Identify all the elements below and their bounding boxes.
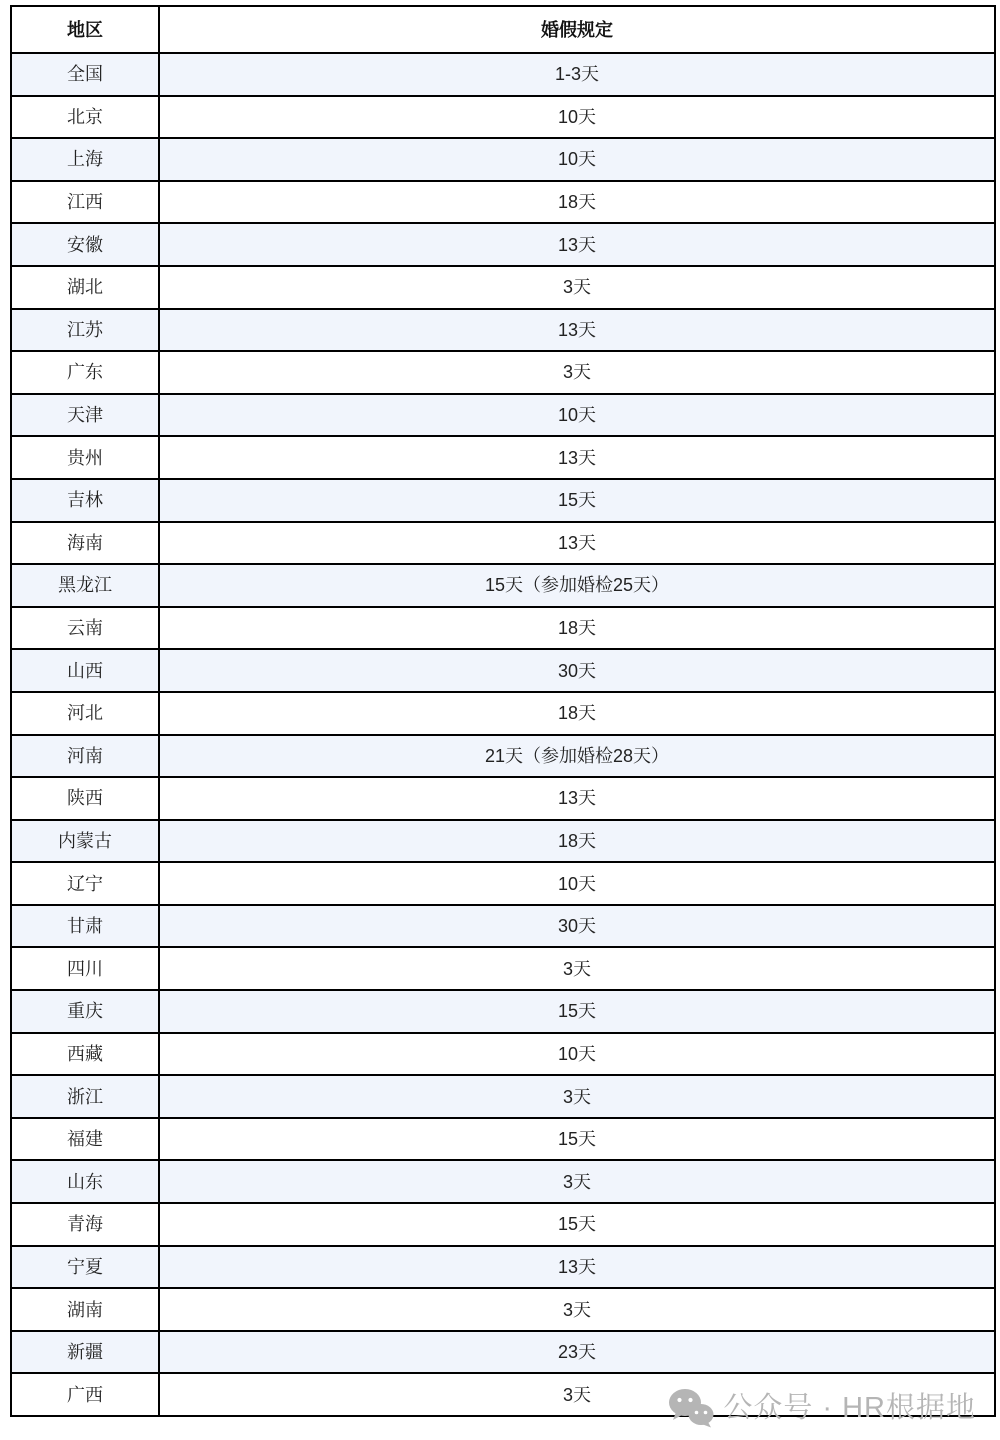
region-cell: 宁夏 (11, 1246, 159, 1289)
region-cell: 甘肃 (11, 905, 159, 948)
policy-cell: 30天 (159, 649, 995, 692)
table-row: 四川3天 (11, 947, 995, 990)
policy-cell: 15天 (159, 1118, 995, 1161)
table-row: 云南18天 (11, 607, 995, 650)
table-row: 海南13天 (11, 522, 995, 565)
policy-cell: 21天（参加婚检28天） (159, 735, 995, 778)
table-row: 全国1-3天 (11, 53, 995, 96)
region-cell: 西藏 (11, 1033, 159, 1076)
policy-cell: 18天 (159, 820, 995, 863)
region-cell: 河南 (11, 735, 159, 778)
table-row: 青海15天 (11, 1203, 995, 1246)
policy-cell: 15天（参加婚检25天） (159, 564, 995, 607)
region-cell: 江西 (11, 181, 159, 224)
policy-cell: 15天 (159, 990, 995, 1033)
region-cell: 四川 (11, 947, 159, 990)
policy-cell: 3天 (159, 266, 995, 309)
policy-cell: 10天 (159, 394, 995, 437)
policy-cell: 10天 (159, 138, 995, 181)
region-cell: 广西 (11, 1373, 159, 1416)
region-cell: 贵州 (11, 436, 159, 479)
region-cell: 北京 (11, 96, 159, 139)
table-row: 陕西13天 (11, 777, 995, 820)
region-cell: 新疆 (11, 1331, 159, 1374)
policy-cell: 30天 (159, 905, 995, 948)
table-row: 上海10天 (11, 138, 995, 181)
policy-cell: 10天 (159, 1033, 995, 1076)
region-cell: 湖南 (11, 1288, 159, 1331)
region-cell: 云南 (11, 607, 159, 650)
policy-cell: 13天 (159, 522, 995, 565)
table-row: 湖北3天 (11, 266, 995, 309)
table-row: 湖南3天 (11, 1288, 995, 1331)
policy-cell: 3天 (159, 947, 995, 990)
policy-cell: 3天 (159, 1075, 995, 1118)
policy-cell: 13天 (159, 777, 995, 820)
region-cell: 安徽 (11, 223, 159, 266)
table-row: 甘肃30天 (11, 905, 995, 948)
region-cell: 吉林 (11, 479, 159, 522)
policy-cell: 3天 (159, 1160, 995, 1203)
table-row: 重庆15天 (11, 990, 995, 1033)
table-row: 山西30天 (11, 649, 995, 692)
region-cell: 广东 (11, 351, 159, 394)
region-cell: 天津 (11, 394, 159, 437)
policy-cell: 3天 (159, 1288, 995, 1331)
region-cell: 全国 (11, 53, 159, 96)
table-row: 吉林15天 (11, 479, 995, 522)
table-row: 辽宁10天 (11, 862, 995, 905)
region-cell: 山东 (11, 1160, 159, 1203)
policy-cell: 10天 (159, 96, 995, 139)
table-row: 江苏13天 (11, 309, 995, 352)
marriage-leave-table: 地区 婚假规定 全国1-3天北京10天上海10天江西18天安徽13天湖北3天江苏… (10, 5, 996, 1417)
watermark: 公众号 · HR根据地 (668, 1388, 976, 1428)
policy-cell: 10天 (159, 862, 995, 905)
table-row: 天津10天 (11, 394, 995, 437)
policy-cell: 18天 (159, 692, 995, 735)
region-cell: 海南 (11, 522, 159, 565)
policy-cell: 15天 (159, 479, 995, 522)
header-policy: 婚假规定 (159, 6, 995, 53)
policy-cell: 13天 (159, 223, 995, 266)
policy-cell: 18天 (159, 181, 995, 224)
region-cell: 江苏 (11, 309, 159, 352)
table-row: 黑龙江15天（参加婚检25天） (11, 564, 995, 607)
region-cell: 福建 (11, 1118, 159, 1161)
table-row: 北京10天 (11, 96, 995, 139)
table-row: 山东3天 (11, 1160, 995, 1203)
table-row: 福建15天 (11, 1118, 995, 1161)
region-cell: 上海 (11, 138, 159, 181)
policy-cell: 18天 (159, 607, 995, 650)
wechat-icon (668, 1388, 714, 1428)
region-cell: 青海 (11, 1203, 159, 1246)
policy-cell: 3天 (159, 351, 995, 394)
table-row: 江西18天 (11, 181, 995, 224)
region-cell: 黑龙江 (11, 564, 159, 607)
policy-cell: 13天 (159, 1246, 995, 1289)
region-cell: 山西 (11, 649, 159, 692)
table-row: 浙江3天 (11, 1075, 995, 1118)
policy-cell: 23天 (159, 1331, 995, 1374)
region-cell: 内蒙古 (11, 820, 159, 863)
table-row: 河北18天 (11, 692, 995, 735)
region-cell: 河北 (11, 692, 159, 735)
table-row: 贵州13天 (11, 436, 995, 479)
table-row: 西藏10天 (11, 1033, 995, 1076)
watermark-text: 公众号 · HR根据地 (723, 1394, 976, 1423)
table-row: 宁夏13天 (11, 1246, 995, 1289)
table-row: 新疆23天 (11, 1331, 995, 1374)
region-cell: 重庆 (11, 990, 159, 1033)
header-region: 地区 (11, 6, 159, 53)
policy-cell: 1-3天 (159, 53, 995, 96)
policy-cell: 13天 (159, 436, 995, 479)
policy-cell: 15天 (159, 1203, 995, 1246)
region-cell: 陕西 (11, 777, 159, 820)
table-row: 河南21天（参加婚检28天） (11, 735, 995, 778)
table-row: 内蒙古18天 (11, 820, 995, 863)
region-cell: 浙江 (11, 1075, 159, 1118)
table-row: 广东3天 (11, 351, 995, 394)
region-cell: 湖北 (11, 266, 159, 309)
region-cell: 辽宁 (11, 862, 159, 905)
header-row: 地区 婚假规定 (11, 6, 995, 53)
policy-cell: 13天 (159, 309, 995, 352)
table-row: 安徽13天 (11, 223, 995, 266)
